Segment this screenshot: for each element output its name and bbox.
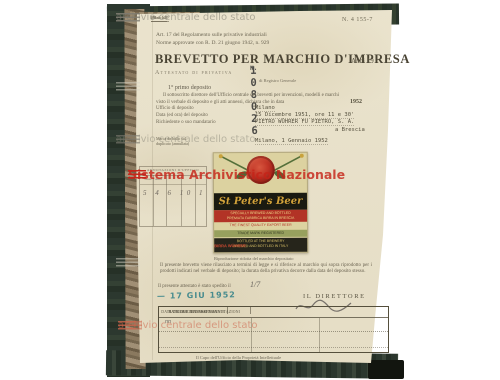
margin-grid-line <box>140 175 206 176</box>
table-handwriting: nn <box>165 319 171 325</box>
intro-year: 1952 <box>350 99 362 105</box>
field-issue-value: Milano, 1 Gennaio 1952 <box>255 138 328 145</box>
reference-number: N. 4 155-7 <box>342 17 373 23</box>
margin-grid-divider <box>166 175 167 226</box>
registry-number-caption: di Registro Generale <box>259 78 296 83</box>
label-caption: Riproduzione ridotta del marchio deposit… <box>214 256 293 261</box>
label-brand-text: St Peter's Beer <box>219 196 303 207</box>
trademark-label-artwork: St Peter's Beer SPECIALLY BREWED AND BOT… <box>213 152 309 253</box>
field-office-label: Ufficio di deposito <box>156 106 194 111</box>
document-subtitle: Attestato di privativa <box>155 70 232 76</box>
table-dotted-rule <box>159 347 388 348</box>
label-red-band: SPECIALLY BREWED AND BOTTLED PREMIATA FA… <box>214 210 307 222</box>
field-office-value: Milano <box>255 105 275 112</box>
table-header-cell: DATA DEL RELATIVO ATTESTATO <box>159 307 228 314</box>
book-cover-corner <box>368 360 404 379</box>
annotations-table-header: DATE DEI TRAPASSI E ANNOTAZIONI NATURA E… <box>159 307 388 318</box>
label-tiny-red-line: THE FINEST QUALITY EXPORT BEER <box>214 223 307 229</box>
closing-paragraph: Il presente brevetto viene rilasciato a … <box>160 263 372 275</box>
table-dotted-rule <box>159 331 388 332</box>
label-dark-line2: BIRRA WÜHRER <box>214 244 246 249</box>
law-reference-line1: Art. 17 del Regolamento sulle privative … <box>156 32 267 38</box>
margin-grid-handwriting: 5 4 6 10 1 <box>143 189 206 197</box>
margin-grid-line <box>140 184 206 185</box>
margin-grid-divider <box>195 175 196 226</box>
label-green-band: TRADE MARK REGISTERED <box>214 230 307 237</box>
label-red-line2: PREMIATA FABBRICA BIRRA IN BRESCIA <box>214 216 307 221</box>
deposit-type: 1° primo deposito <box>168 85 211 91</box>
field-date-value: 15 Dicembre 1951, ore 11 e 30' <box>255 112 354 119</box>
rose-icon <box>247 156 275 184</box>
form-model-line2: (Marchi) <box>151 15 167 22</box>
annotations-table: DATE DEI TRAPASSI E ANNOTAZIONI NATURA E… <box>158 306 389 353</box>
footer-note: Il Capo dell'Ufficio della Proprietà Int… <box>196 355 281 360</box>
margin-annotation-grid: ANNOTAZIONI D'UFFICIO Tasse – Anni 5 4 6… <box>139 166 207 227</box>
field-applicant-label: Richiedente o suo mandatario <box>156 120 216 125</box>
field-issue-label2: duplicato (annullata) <box>156 141 189 146</box>
label-dark-band: BOTTLED AT THE BREWERY BIRRA WÜHRER BREW… <box>214 238 307 252</box>
margin-grid-divider <box>153 175 154 226</box>
field-date-label: Data (ed ora) del deposito <box>156 113 208 118</box>
law-reference-line2: Norme approvate con R. D. 21 giugno 1942… <box>156 40 269 46</box>
document-title-years: Anni 19 <box>351 57 374 65</box>
sent-line: Il presente attestato è stato spedito il <box>158 284 231 289</box>
date-stamp: — 17 GIU 1952 <box>157 290 236 300</box>
label-brand-band: St Peter's Beer <box>214 193 307 210</box>
sent-handwriting: 1/7 <box>250 280 260 289</box>
field-residence-value: a Brescia <box>335 127 365 133</box>
scanned-document-page: Mod. 129 (Marchi) N. 4 155-7 Art. 17 del… <box>0 0 500 380</box>
intro-line1: Il sottoscritto direttore dell'Ufficio c… <box>163 93 370 99</box>
margin-grid-caption: ANNOTAZIONI D'UFFICIO <box>140 168 206 172</box>
margin-grid-divider <box>181 175 182 226</box>
field-applicant-value: PIETRO WÜHRER FU PIETRO, S. A. <box>255 119 354 126</box>
